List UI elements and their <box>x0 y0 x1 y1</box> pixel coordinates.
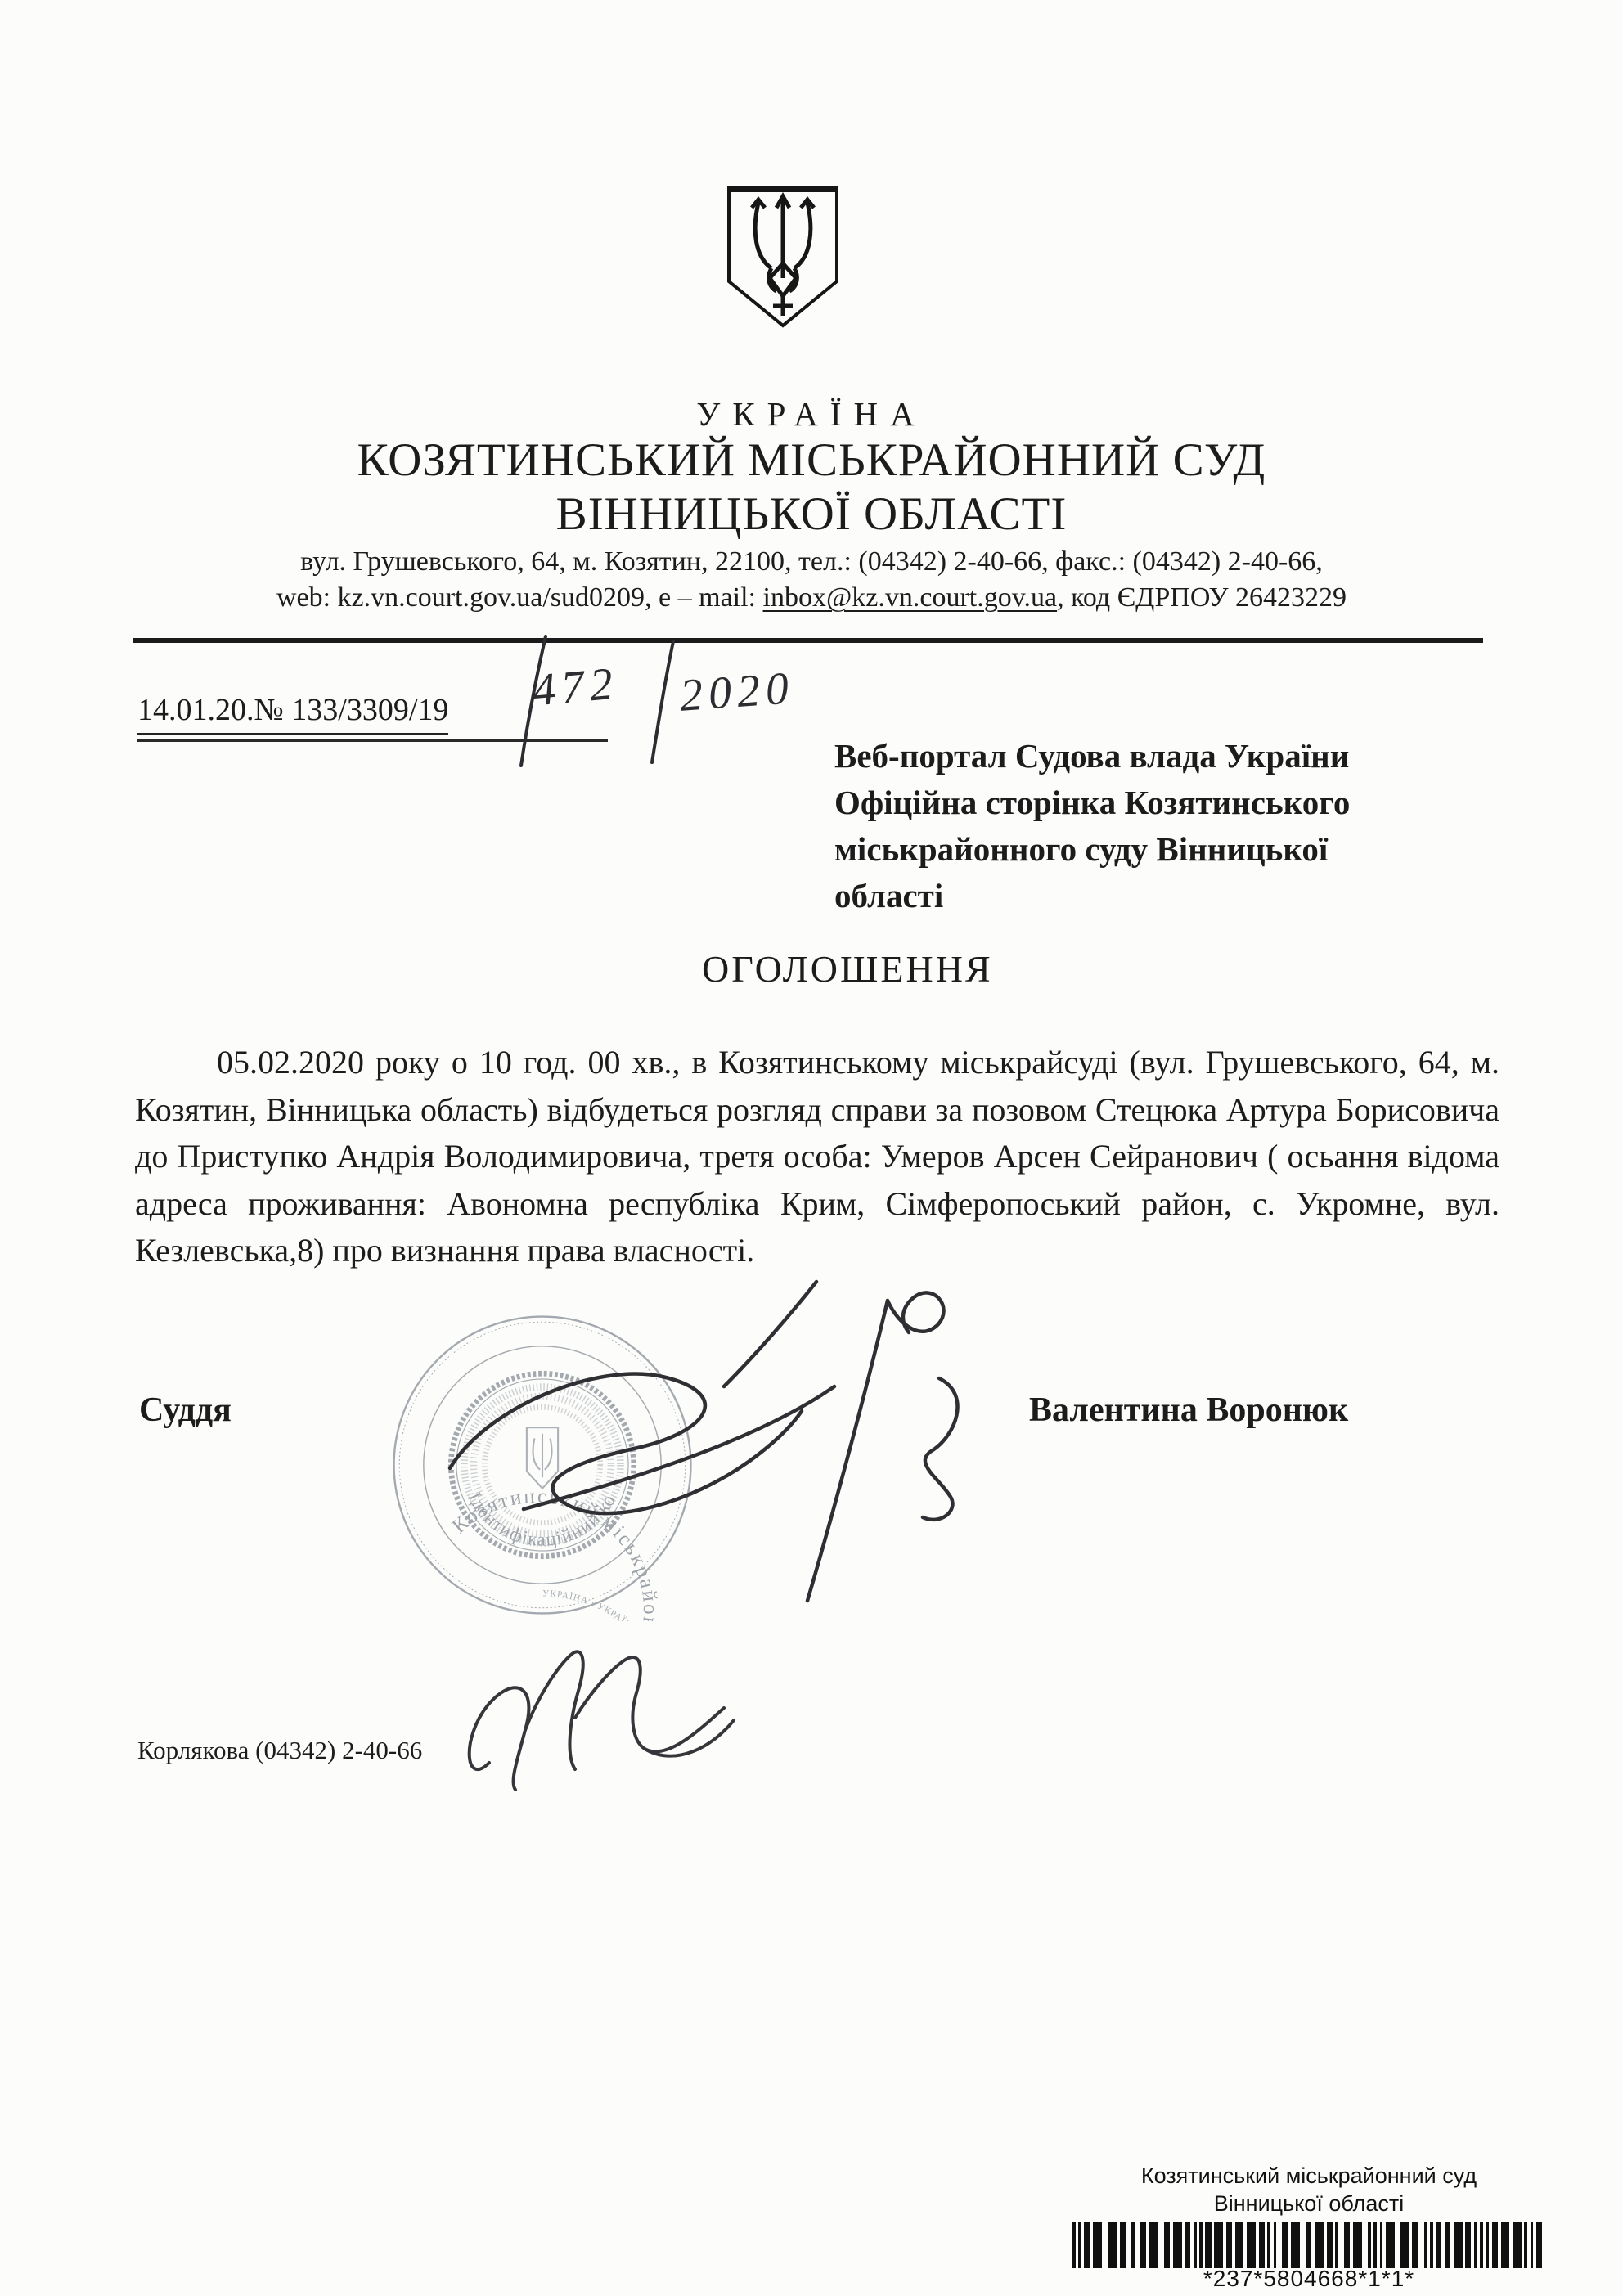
reference-number-line: 14.01.20.№ 133/3309/19 <box>137 692 448 728</box>
trident-strokes <box>752 196 814 316</box>
handwritten-registration-number: 472 2020 <box>446 631 798 771</box>
reference-number: 14.01.20.№ 133/3309/19 <box>137 693 448 735</box>
court-contacts-line: web: kz.vn.court.gov.ua/sud0209, e – mai… <box>0 582 1623 613</box>
announcement-body: 05.02.2020 року о 10 год. 00 хв., в Козя… <box>135 1039 1499 1274</box>
clerk-contact-line: Корлякова (04342) 2-40-66 <box>137 1736 422 1765</box>
addressee-line: Офіційна сторінка Козятинського <box>834 780 1350 826</box>
court-address-line: вул. Грушевського, 64, м. Козятин, 22100… <box>0 546 1623 577</box>
web-prefix-text: web: kz.vn.court.gov.ua/sud0209, e – mai… <box>276 582 763 613</box>
court-name-line2: ВІННИЦЬКОЇ ОБЛАСТІ <box>0 488 1623 541</box>
header-divider-rule <box>133 638 1483 643</box>
clerk-signature <box>442 1624 753 1812</box>
addressee-line: міськрайонного суду Вінницької <box>834 826 1350 873</box>
country-name: УКРАЇНА <box>0 394 1623 434</box>
seal-center-trident-icon <box>527 1427 558 1488</box>
handwritten-number: 472 <box>530 658 620 717</box>
addressee-line: Веб-портал Судова влада України <box>834 733 1350 780</box>
judge-role-label: Суддя <box>139 1391 232 1430</box>
court-name-line1: КОЗЯТИНСЬКИЙ МІСЬКРАЙОННИЙ СУД <box>0 434 1623 487</box>
document-page: { "colors": { "ink": "#1c1c1c", "stamp":… <box>0 0 1623 2296</box>
edrpou-text: , код ЄДРПОУ 26423229 <box>1057 582 1347 613</box>
addressee-block: Веб-портал Судова влада України Офіційна… <box>834 733 1350 919</box>
trident-emblem-icon <box>722 182 843 332</box>
barcode-caption-line2: Вінницької області <box>1072 2190 1545 2217</box>
barcode <box>1072 2222 1545 2268</box>
addressee-line: області <box>834 873 1350 919</box>
court-email: inbox@kz.vn.court.gov.ua <box>763 582 1058 613</box>
round-seal-stamp: УКРАЇНА · УКРАЇНА · УКРАЇНА · УКРАЇНА · … <box>386 1309 699 1621</box>
judge-name: Валентина Воронюк <box>1029 1391 1348 1430</box>
barcode-code-text: *237*5804668*1*1* <box>1072 2265 1545 2293</box>
barcode-block: Козятинський міськрайонний суд Вінницько… <box>1072 2162 1545 2293</box>
handwritten-year: 2020 <box>678 662 796 722</box>
announcement-title: ОГОЛОШЕННЯ <box>702 947 993 991</box>
barcode-caption-line1: Козятинський міськрайонний суд <box>1072 2162 1545 2190</box>
